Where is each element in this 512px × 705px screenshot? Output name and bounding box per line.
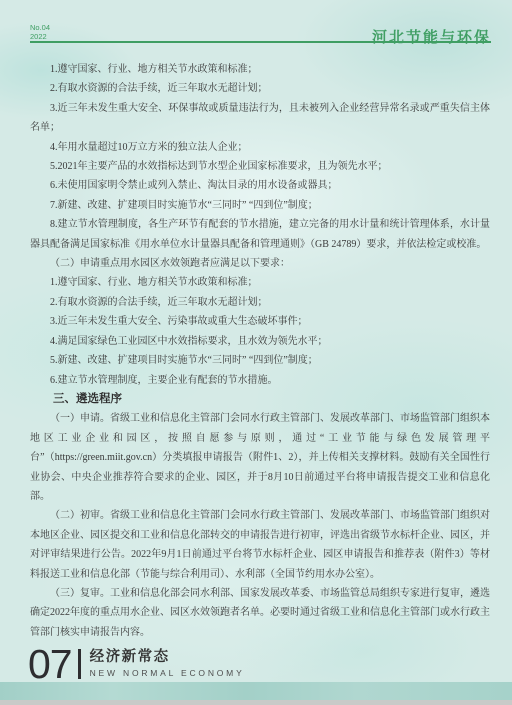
issue-year: 2022 bbox=[30, 33, 50, 42]
paragraph: 5.新建、改建、扩建项目时实施节水“三同时” “四到位”制度； bbox=[30, 351, 490, 370]
paragraph: 3.近三年未发生重大安全、污染事故或重大生态破坏事件； bbox=[30, 312, 490, 331]
paragraph: （二）初审。省级工业和信息化主管部门会同水行政主管部门、发展改革部门、市场监管部… bbox=[30, 506, 490, 584]
paragraph: 4.年用水量超过10万立方米的独立法人企业； bbox=[30, 138, 490, 157]
paragraph: 6.建立节水管理制度，主要企业有配套的节水措施。 bbox=[30, 371, 490, 390]
paragraph: 1.遵守国家、行业、地方相关节水政策和标准； bbox=[30, 60, 490, 79]
section-title-en: NEW NORMAL ECONOMY bbox=[90, 669, 245, 678]
magazine-page: No.04 2022 河北节能与环保 1.遵守国家、行业、地方相关节水政策和标准… bbox=[0, 0, 512, 705]
article-body: 1.遵守国家、行业、地方相关节水政策和标准；2.有取水资源的合法手续，近三年取水… bbox=[30, 60, 490, 646]
bottom-gray-strip bbox=[0, 700, 512, 705]
journal-title: 河北节能与环保 bbox=[372, 26, 491, 47]
footer: 07 经济新常态 NEW NORMAL ECONOMY bbox=[28, 645, 245, 683]
issue-info: No.04 2022 bbox=[30, 24, 50, 41]
paragraph: 4.满足国家绿色工业园区中水效指标要求，且水效为领先水平； bbox=[30, 332, 490, 351]
paragraph: 1.遵守国家、行业、地方相关节水政策和标准； bbox=[30, 273, 490, 292]
paragraph: 6.未使用国家明令禁止或列入禁止、淘汰目录的用水设备或器具； bbox=[30, 176, 490, 195]
paragraph: 3.近三年未发生重大安全、环保事故或质量违法行为，且未被列入企业经营异常名录或严… bbox=[30, 99, 490, 138]
paragraph: 2.有取水资源的合法手续，近三年取水无超计划； bbox=[30, 79, 490, 98]
paragraph: 7.新建、改建、扩建项目时实施节水“三同时” “四到位”制度； bbox=[30, 196, 490, 215]
paragraph: 5.2021年主要产品的水效指标达到节水型企业国家标准要求，且为领先水平； bbox=[30, 157, 490, 176]
footer-section-titles: 经济新常态 NEW NORMAL ECONOMY bbox=[90, 650, 245, 678]
paragraph: （三）复审。工业和信息化部会同水利部、国家发展改革委、市场监管总局组织专家进行复… bbox=[30, 584, 490, 642]
paragraph: （二）申请重点用水园区水效领跑者应满足以下要求： bbox=[30, 254, 490, 273]
bottom-teal-band bbox=[0, 682, 512, 700]
paragraph: 2.有取水资源的合法手续，近三年取水无超计划； bbox=[30, 293, 490, 312]
paragraph: （一）申请。省级工业和信息化主管部门会同水行政主管部门、发展改革部门、市场监管部… bbox=[30, 409, 490, 506]
section-title-cn: 经济新常态 bbox=[90, 650, 245, 665]
paragraph: 8.建立节水管理制度，各生产环节有配套的节水措施，建立完备的用水计量和统计管理体… bbox=[30, 215, 490, 254]
footer-divider bbox=[78, 649, 81, 679]
section-heading: 三、遴选程序 bbox=[30, 390, 490, 409]
page-number: 07 bbox=[28, 646, 72, 682]
